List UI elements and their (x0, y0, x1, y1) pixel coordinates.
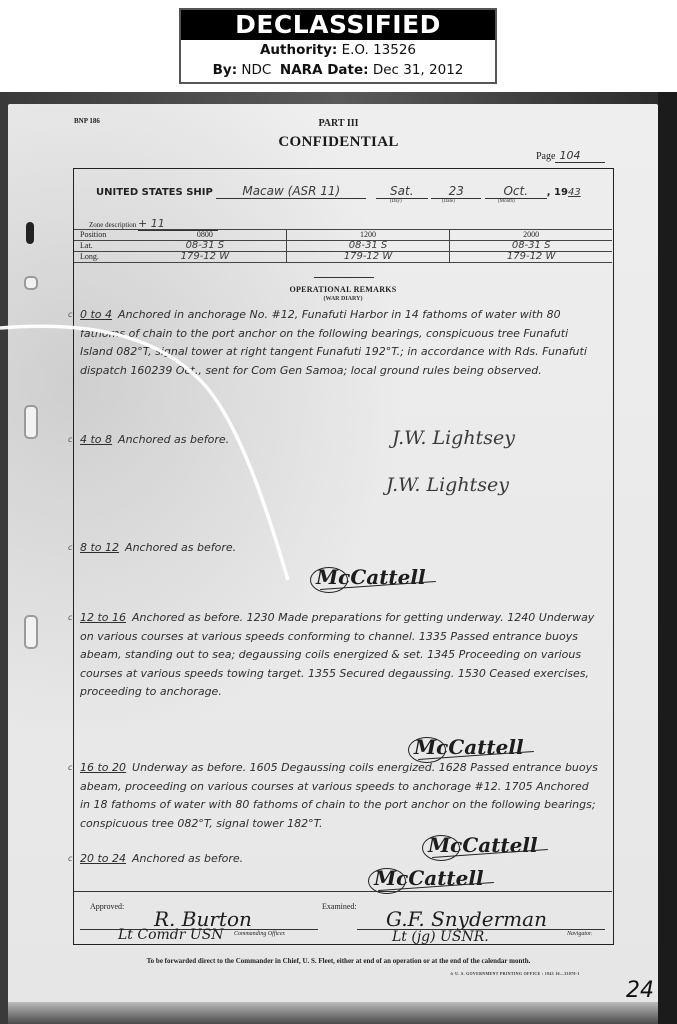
ship-line: UNITED STATES SHIP Macaw (ASR 11) Sat. 2… (96, 184, 581, 199)
signature: McCattell (316, 565, 426, 589)
entry-text: Anchored as before. (118, 433, 229, 446)
part-heading: PART III (0, 118, 677, 129)
entry-text: Anchored in anchorage No. #12, Funafuti … (80, 308, 587, 377)
examined-label: Examined: (322, 902, 357, 911)
watch-period: 0 to 4 (80, 308, 112, 321)
ship-day: Sat. (376, 184, 428, 199)
binder-hole-icon (24, 276, 38, 290)
stamp-banner: DECLASSIFIED (181, 10, 495, 40)
position-table: Position 0800 1200 2000 Lat. 08-31 S 08-… (74, 229, 612, 263)
table-row: Position 0800 1200 2000 (74, 230, 612, 241)
ship-month: Oct. (485, 184, 547, 199)
stamp-authority: Authority: E.O. 13526 (181, 40, 495, 60)
declassified-stamp: DECLASSIFIED Authority: E.O. 13526 By: N… (179, 8, 497, 84)
forwarding-instruction: To be forwarded direct to the Commander … (0, 957, 677, 965)
binder-hole-icon (24, 615, 38, 649)
log-entry: c 16 to 20Underway as before. 1605 Degau… (80, 759, 600, 833)
ship-name: Macaw (ASR 11) (216, 184, 366, 199)
log-entry: c 4 to 8Anchored as before. (80, 431, 600, 450)
log-entry: c 20 to 24Anchored as before. (80, 850, 600, 869)
binder-hole-icon (26, 222, 34, 244)
ship-date: 23 (431, 184, 481, 199)
date-caption: (Date) (442, 199, 455, 204)
watch-period: 16 to 20 (80, 761, 126, 774)
watch-period: 4 to 8 (80, 433, 112, 446)
signature: McCattell (374, 866, 484, 890)
day-caption: (Day) (390, 199, 402, 204)
entry-text: Anchored as before. (132, 852, 243, 865)
signature: J.W. Lightsey (386, 474, 509, 496)
navigator-title: Lt (jg) USNR. (392, 929, 489, 945)
page-number: Page104 (536, 149, 605, 163)
log-entry: c 8 to 12Anchored as before. (80, 539, 600, 558)
approved-label: Approved: (90, 902, 124, 911)
printer-imprint: ☆ U. S. GOVERNMENT PRINTING OFFICE : 194… (450, 971, 580, 976)
scan-shadow (8, 1002, 668, 1024)
ship-year: 43 (568, 187, 581, 198)
log-entry: c 12 to 16Anchored as before. 1230 Made … (80, 609, 600, 702)
table-row: Long. 179-12 W 179-12 W 179-12 W (74, 252, 612, 263)
entry-text: Anchored as before. (125, 541, 236, 554)
navigator-signature: G.F. Snyderman (386, 907, 547, 931)
stamp-by-date: By: NDC NARA Date: Dec 31, 2012 (181, 60, 495, 80)
sheet-number: 24 (626, 978, 654, 1003)
watch-period: 20 to 24 (80, 852, 126, 865)
divider (314, 277, 374, 278)
entry-text: Underway as before. 1605 Degaussing coil… (80, 761, 598, 830)
binder-hole-icon (24, 405, 38, 439)
watch-period: 8 to 12 (80, 541, 119, 554)
war-diary-form: UNITED STATES SHIP Macaw (ASR 11) Sat. 2… (73, 168, 614, 945)
entry-text: Anchored as before. 1230 Made preparatio… (80, 611, 594, 698)
remarks-subtitle: (WAR DIARY) (74, 296, 612, 302)
watch-period: 12 to 16 (80, 611, 126, 624)
navigator-role: Navigator. (567, 931, 592, 937)
scan-edge (658, 92, 677, 1024)
log-entry: c 0 to 4Anchored in anchorage No. #12, F… (80, 306, 600, 380)
commanding-officer-role: Commanding Officer. (234, 931, 286, 937)
remarks-title: OPERATIONAL REMARKS (74, 285, 612, 294)
table-row: Lat. 08-31 S 08-31 S 08-31 S (74, 241, 612, 252)
commanding-officer-title: Lt Comdr USN (118, 927, 224, 943)
divider (74, 891, 612, 892)
month-caption: (Month) (498, 199, 515, 204)
signature: McCattell (414, 735, 524, 759)
